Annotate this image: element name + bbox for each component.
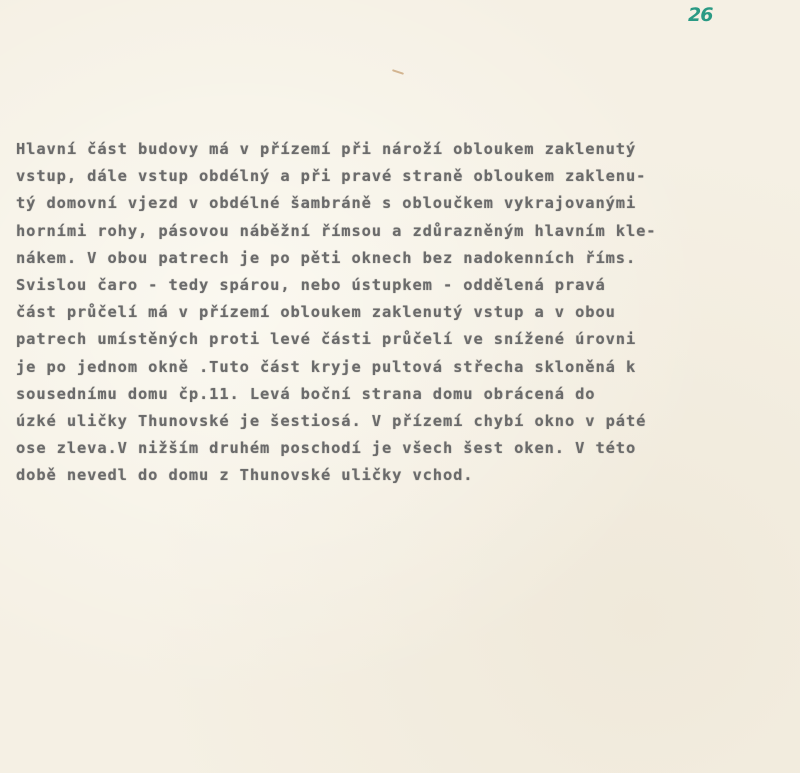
paper-blemish [392,69,404,75]
text-line: úzké uličky Thunovské je šestiosá. V pří… [16,408,796,435]
text-line: tý domovní vjezd v obdélné šambráně s ob… [16,190,796,217]
document-page: 26 Hlavní část budovy má v přízemí při n… [0,0,800,773]
text-line: Hlavní část budovy má v přízemí při náro… [16,136,796,163]
text-line: část průčelí má v přízemí obloukem zakle… [16,299,796,326]
text-line: patrech umístěných proti levé části průč… [16,326,796,353]
text-line: Svislou čaro - tedy spárou, nebo ústupke… [16,272,796,299]
text-line: je po jednom okně .Tuto část kryje pulto… [16,354,796,381]
typewritten-paragraph: Hlavní část budovy má v přízemí při náro… [16,136,796,489]
handwritten-page-number: 26 [688,4,712,26]
text-line: nákem. V obou patrech je po pěti oknech … [16,245,796,272]
text-line: horními rohy, pásovou náběžní římsou a z… [16,218,796,245]
text-line: sousednímu domu čp.11. Levá boční strana… [16,381,796,408]
text-line: vstup, dále vstup obdélný a při pravé st… [16,163,796,190]
text-line: době nevedl do domu z Thunovské uličky v… [16,462,796,489]
text-line: ose zleva.V nižším druhém poschodí je vš… [16,435,796,462]
